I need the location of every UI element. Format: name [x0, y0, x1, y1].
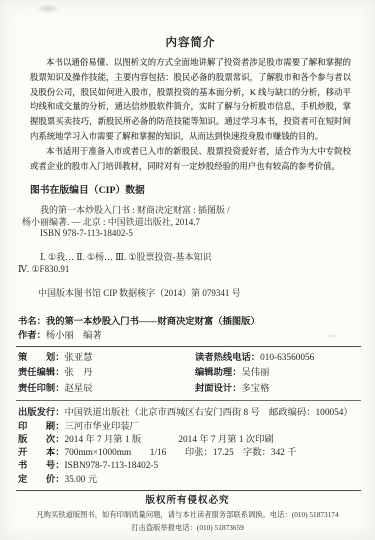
divider [16, 346, 361, 347]
credit-label: 责任印制： [18, 384, 65, 394]
credit-cell: 责任印制：赵星辰 [18, 382, 195, 398]
credit-value: 多宝格 [242, 384, 270, 394]
content-summary-heading: 内容简介 [30, 36, 351, 50]
credits-row: 责任印制：赵星辰 封面设计：多宝格 [18, 382, 359, 398]
book-title-label: 书名： [18, 317, 46, 327]
book-title-line: 书名：我的第一本炒股入门书——财商决定财富（插图版） [18, 315, 359, 329]
divider [16, 490, 361, 491]
summary-line: 本书以通俗易懂、以图析文的方式全面地讲解了投资者涉足股市需要了解和掌握的 [30, 56, 351, 71]
credit-label: 责任编辑： [18, 368, 65, 378]
credit-label: 编辑助理： [195, 368, 242, 378]
service-note: 凡购买铁道版图书，如有印制质量问题，请与本社读者服务部联系调换。电话：(010)… [10, 510, 365, 520]
cip-record: 我的第一本炒股入门书 : 财商决定财富 : 插图版 / 杨小丽编著. — 北京 … [18, 205, 359, 239]
publication-row: 书 号：ISBN978-7-113-18402-5 [18, 460, 359, 473]
publication-row: 版 次：2014 年 7 月第 1 版 2014 年 7 月第 1 次印刷 [18, 434, 359, 447]
publication-value: 2014 年 7 月第 1 版 2014 年 7 月第 1 次印刷 [65, 435, 274, 445]
publication-value: ISBN978-7-113-18402-5 [65, 461, 159, 471]
cip-class-line: Ⅳ. ①F830.91 [18, 263, 359, 275]
copyright-notice: 版权所有侵权必究 [0, 495, 375, 508]
cip-heading: 图书在版编目（CIP）数据 [30, 184, 359, 197]
cip-classification: Ⅰ. ①我… Ⅱ. ①杨… Ⅲ. ①股票投资-基本知识 Ⅳ. ①F830.91 [18, 251, 359, 275]
cip-registry-number: 中国版本图书馆 CIP 数据核字（2014）第 079341 号 [18, 287, 359, 299]
credit-cell: 责任编辑：张 丹 [18, 366, 195, 382]
credit-value: 赵星辰 [65, 384, 93, 394]
scan-artifact [36, 4, 60, 13]
credit-label: 封面设计： [195, 384, 242, 394]
summary-line: 股票知识及操作技能，主要内容包括：股民必备的股票常识，了解股市和各个参与者以 [30, 71, 351, 86]
content-summary-section: 内容简介 本书以通俗易懂、以图析文的方式全面地讲解了投资者涉足股市需要了解和掌握… [30, 36, 351, 174]
credit-label: 策 划： [18, 353, 65, 363]
summary-line: 或者企业的股市入门培训教材，同时对有一定炒股经验的用户也有较高的参考价值。 [30, 160, 351, 175]
book-author-line: 作者：杨小丽 编著 [18, 329, 359, 343]
publication-value: 700mm×1000mm 1/16 印张：17.25 字数：342 千 [65, 448, 297, 458]
publication-row: 定 价：35.00 元 [18, 474, 359, 487]
book-author-label: 作者： [18, 331, 46, 341]
book-title-value: 我的第一本炒股入门书——财商决定财富（插图版） [46, 317, 260, 327]
publication-label: 印 刷： [18, 422, 65, 432]
publication-value: 中国铁道出版社（北京市西城区右安门西街 8 号 邮政编码：100054） [65, 408, 353, 418]
book-author-value: 杨小丽 编著 [46, 331, 102, 341]
cip-record-line: ISBN 978-7-113-18402-5 [18, 228, 359, 239]
credit-value: 吴伟丽 [242, 368, 270, 378]
credit-value: 010-63560056 [260, 353, 314, 363]
cip-record-line: 我的第一本炒股入门书 : 财商决定财富 : 插图版 / [18, 205, 359, 216]
credit-label: 读者热线电话： [195, 353, 260, 363]
piracy-hotline: 打击盗版举报电话：(010) 51873659 [0, 523, 375, 533]
publication-label: 定 价： [18, 475, 65, 485]
scan-artifact [326, 334, 340, 338]
cip-section: 图书在版编目（CIP）数据 我的第一本炒股入门书 : 财商决定财富 : 插图版 … [18, 184, 359, 299]
summary-line: 及股份公司，股民如何进入股市，股票投资的基本面分析，K 线与缺口的分析，移动平 [30, 86, 351, 101]
publication-label: 开 本： [18, 448, 65, 458]
credit-cell: 读者热线电话：010-63560056 [195, 351, 314, 367]
credits-row: 策 划：张亚慧 读者热线电话：010-63560056 [18, 351, 359, 367]
publication-section: 出版发行：中国铁道出版社（北京市西城区右安门西街 8 号 邮政编码：100054… [18, 407, 359, 486]
publication-row: 印 刷：三河市华业印装厂 [18, 421, 359, 434]
divider [16, 400, 361, 401]
cip-record-line: 杨小丽编著. — 北京 : 中国铁道出版社, 2014.7 [18, 217, 359, 228]
publication-row: 开 本：700mm×1000mm 1/16 印张：17.25 字数：342 千 [18, 447, 359, 460]
book-info-section: 书名：我的第一本炒股入门书——财商决定财富（插图版） 作者：杨小丽 编著 [18, 315, 359, 343]
summary-line: 均线和成交量的分析，通达信炒股软件简介，实时了解与分析股市信息，手机炒股，掌 [30, 100, 351, 115]
credit-cell: 编辑助理：吴伟丽 [195, 366, 269, 382]
credit-value: 张亚慧 [65, 353, 93, 363]
credit-cell: 策 划：张亚慧 [18, 351, 195, 367]
copyright-page: 内容简介 本书以通俗易懂、以图析文的方式全面地讲解了投资者涉足股市需要了解和掌握… [0, 0, 375, 540]
publication-label: 书 号： [18, 461, 65, 471]
summary-line: 握股票买卖技巧，新股民所必备的防范技能等知识。通过学习本书，投资者可在短时间 [30, 115, 351, 130]
summary-line: 内系统地学习入市需要了解和掌握的知识，从而达到快速投身股市赚钱的目的。 [30, 130, 351, 145]
credits-section: 策 划：张亚慧 读者热线电话：010-63560056 责任编辑：张 丹 编辑助… [18, 351, 359, 398]
credit-cell: 封面设计：多宝格 [195, 382, 269, 398]
summary-line: 本书适用于准备入市或者已入市的新股民、股票投资爱好者，适合作为大中专院校 [30, 145, 351, 160]
cip-class-line: Ⅰ. ①我… Ⅱ. ①杨… Ⅲ. ①股票投资-基本知识 [18, 251, 359, 263]
credits-row: 责任编辑：张 丹 编辑助理：吴伟丽 [18, 366, 359, 382]
publication-value: 三河市华业印装厂 [65, 422, 139, 432]
publication-row: 出版发行：中国铁道出版社（北京市西城区右安门西街 8 号 邮政编码：100054… [18, 407, 359, 420]
publication-value: 35.00 元 [65, 475, 98, 485]
credit-value: 张 丹 [65, 368, 93, 378]
publication-label: 出版发行： [18, 408, 65, 418]
publication-label: 版 次： [18, 435, 65, 445]
